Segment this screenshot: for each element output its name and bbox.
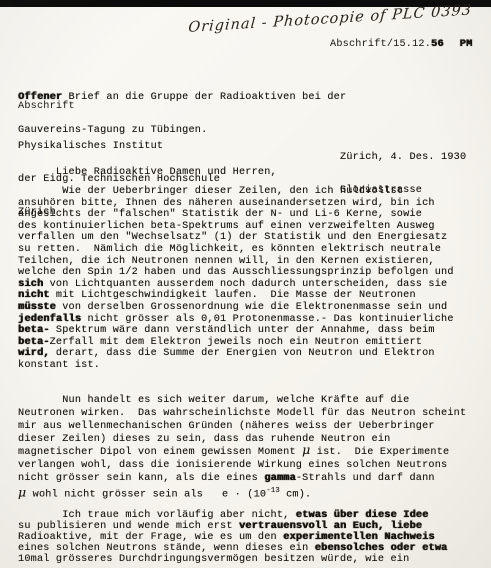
letter-paragraph: Ich traue mich vorläufig aber nicht, etw…	[18, 510, 480, 565]
letter-line: dieser Zeilen) dieses zu sein, dass das …	[18, 433, 480, 446]
letter-scan-page: Original - Photocopie of PLC 0393 Abschr…	[0, 0, 491, 568]
letter-paragraph: Nun handelt es sich weiter darum, welche…	[18, 394, 480, 501]
letter-line: eines solchen Neutrons stände, wenn dies…	[18, 543, 480, 554]
letter-line: müsste von derselben Grossenordnung wie …	[18, 302, 480, 314]
letter-line: wird, derart, dass die Summe der Energie…	[18, 348, 480, 360]
letter-line: su publisieren und wende mich erst vertr…	[18, 521, 480, 532]
letter-line: nicht mit Lichtgeschwindigkeit laufen. D…	[18, 290, 480, 302]
letter-line: des kontinuierlichen beta-Spektrums auf …	[18, 221, 480, 233]
letter-line: su retten. Nämlich die Möglichkeit, es k…	[18, 244, 480, 256]
letter-line: beta- Spektrum wäre dann verständlich un…	[18, 325, 480, 337]
letter-line: sich von Lichtquanten ausserdem noch dad…	[18, 279, 480, 291]
letter-line: ansuhören bitte, Ihnen des näheren ausei…	[18, 198, 480, 210]
letter-line: Teilchen, die ich Neutronen nennen will,…	[18, 256, 480, 268]
letter-line: 10mal grösseres Durchdringungsvermögen b…	[18, 554, 480, 565]
letter-line: Liebe Radioaktive Damen und Herren,	[18, 167, 480, 179]
letter-line: beta-Zerfall mit dem Elektron jeweils no…	[18, 337, 480, 349]
stamp-text: Abschrift/15.12.	[330, 39, 431, 50]
letter-line: angesichts der "falschen" Statistik der …	[18, 209, 480, 221]
letter-line: jedenfalls nicht grösser als 0,01 Proton…	[18, 314, 480, 326]
letter-line: μ wohl nicht grösser sein als e · (10-13…	[18, 485, 480, 501]
letter-line: verlangen wohl, dass die ionisierende Wi…	[18, 459, 480, 472]
letter-paragraph: Wie der Ueberbringer dieser Zeilen, den …	[18, 186, 480, 372]
letter-line: Ich traue mich vorläufig aber nicht, etw…	[18, 510, 480, 521]
stamp-year: 56	[431, 39, 444, 50]
copy-stamp: Abschrift/15.12.56PM	[330, 39, 472, 50]
sender-line-1: Physikalisches Institut	[18, 141, 220, 152]
letter-line: Wie der Ueberbringer dieser Zeilen, den …	[18, 186, 480, 198]
handwritten-annotation: Original - Photocopie of PLC 0393	[188, 2, 479, 36]
date-line: Zürich, 4. Des. 1930	[340, 152, 466, 163]
letter-line: nicht grösser sein kann, als die eines g…	[18, 472, 480, 485]
letter-line: Radioaktive, mit der Frage, wie es um de…	[18, 532, 480, 543]
abschrift-label: Abschrift	[18, 101, 75, 112]
letter-paragraph: Liebe Radioaktive Damen und Herren,	[18, 167, 480, 179]
letter-line: mir aus wellenmechanischen Gründen (nähe…	[18, 420, 480, 433]
letter-line: Nun handelt es sich weiter darum, welche…	[18, 394, 480, 407]
copyist-initials: PM	[460, 39, 473, 50]
letter-line: magnetischer Dipol von einem gewissen Mo…	[18, 446, 480, 459]
letter-line: Neutronen wirken. Das wahrscheinlichste …	[18, 407, 480, 420]
title-rest: Brief an die Gruppe der Radioaktiven bei…	[62, 92, 346, 103]
letter-line: welche den Spin 1/2 haben und das Aussch…	[18, 267, 480, 279]
letter-line: konstant ist.	[18, 360, 480, 372]
letter-line: verfallen um den "Wechselsatz" (1) der S…	[18, 232, 480, 244]
